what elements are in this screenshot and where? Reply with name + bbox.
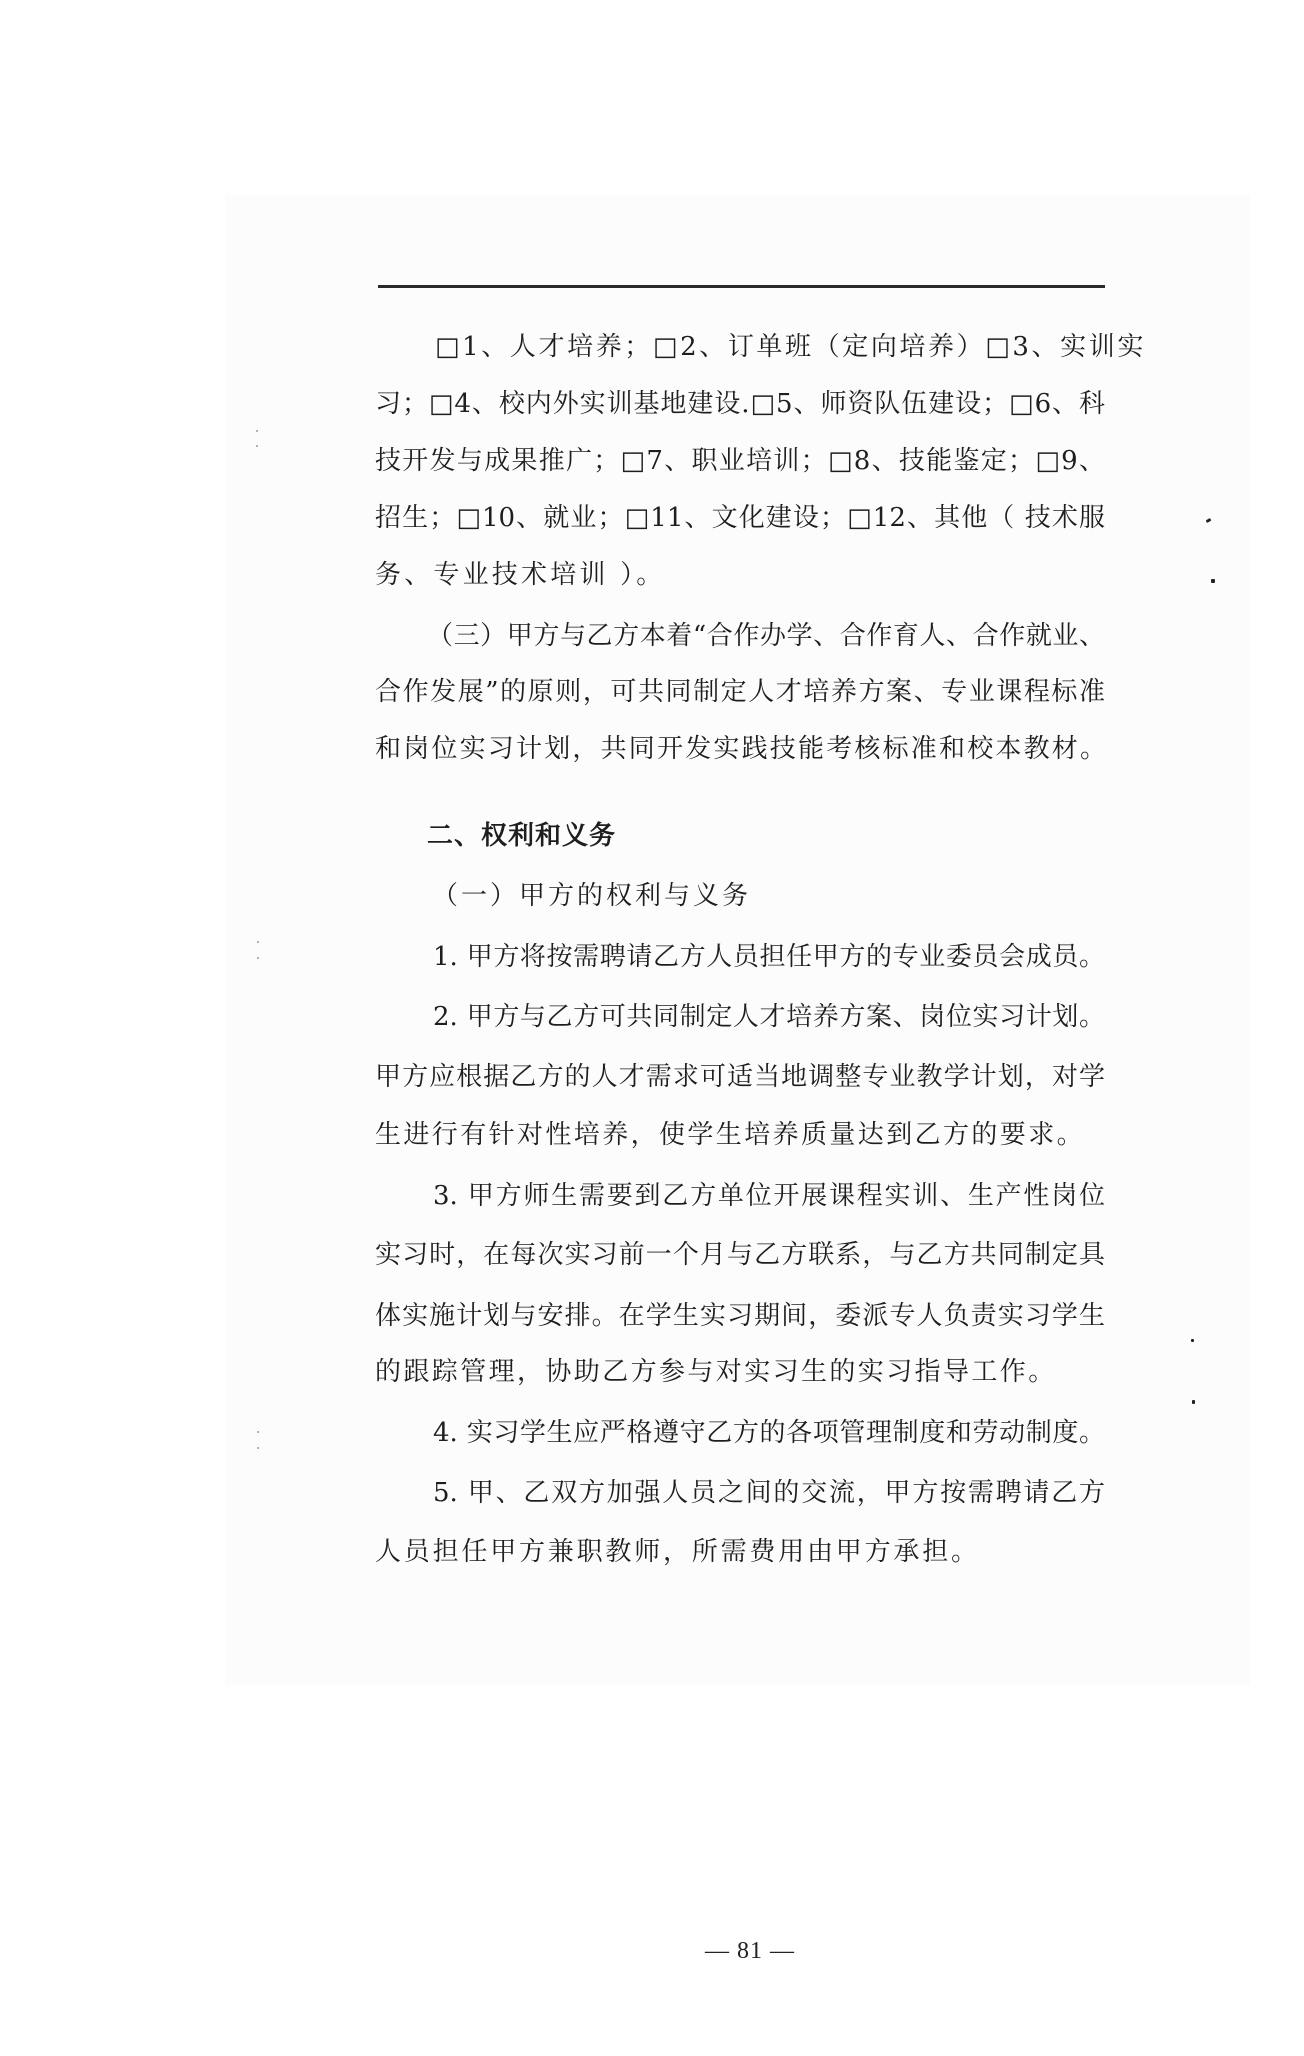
item-5-line-2: 人员担任甲方兼职教师，所需费用由甲方承担。 — [375, 1532, 1105, 1572]
scan-speck — [1192, 1400, 1195, 1404]
clause-three-line-3: 和岗位实习计划，共同开发实践技能考核标准和校本教材。 — [375, 729, 1105, 769]
cooperation-items-line-4: 招生；□10、就业；□11、文化建设；□12、其他（ 技术服 — [375, 498, 1105, 538]
clause-three-line-1: （三）甲方与乙方本着“合作办学、合作育人、合作就业、 — [427, 616, 1105, 656]
scan-speck — [257, 941, 259, 943]
cooperation-items-line-1: □1、人才培养；□2、订单班（定向培养）□3、实训实 — [435, 327, 1107, 367]
subsection-heading: （一）甲方的权利与义务 — [432, 876, 1162, 916]
item-3-line-3: 体实施计划与安排。在学生实习期间，委派专人负责实习学生 — [375, 1296, 1105, 1336]
item-3-line-2: 实习时，在每次实习前一个月与乙方联系，与乙方共同制定具 — [375, 1235, 1105, 1275]
item-2-line-3: 生进行有针对性培养，使学生培养质量达到乙方的要求。 — [375, 1115, 1105, 1155]
item-2-line-2: 甲方应根据乙方的人才需求可适当地调整专业教学计划，对学 — [375, 1057, 1105, 1097]
item-3-line-4: 的跟踪管理，协助乙方参与对实习生的实习指导工作。 — [375, 1352, 1105, 1392]
header-rule — [378, 285, 1105, 288]
scan-speck — [257, 957, 259, 959]
scan-speck — [256, 430, 258, 432]
item-1-line-1: 1. 甲方将按需聘请乙方人员担任甲方的专业委员会成员。 — [433, 937, 1105, 977]
section-heading: 二、权利和义务 — [427, 816, 1157, 856]
scan-speck — [1211, 579, 1215, 583]
page-number: — 81 — — [650, 1938, 850, 1965]
item-5-line-1: 5. 甲、乙双方加强人员之间的交流，甲方按需聘请乙方 — [433, 1473, 1105, 1513]
item-2-line-1: 2. 甲方与乙方可共同制定人才培养方案、岗位实习计划。 — [433, 997, 1105, 1037]
clause-three-line-2: 合作发展”的原则，可共同制定人才培养方案、专业课程标准 — [375, 672, 1105, 712]
cooperation-items-line-3: 技开发与成果推广；□7、职业培训；□8、技能鉴定；□9、 — [375, 441, 1105, 481]
cooperation-items-line-5: 务、专业技术培训 ）。 — [375, 555, 1105, 595]
scan-speck — [257, 1447, 259, 1449]
cooperation-items-line-2: 习；□4、校内外实训基地建设.□5、师资队伍建设；□6、科 — [375, 384, 1105, 424]
scan-speck — [256, 445, 258, 447]
scan-speck — [257, 1431, 259, 1433]
scan-speck — [1191, 1339, 1194, 1342]
item-4-line-1: 4. 实习学生应严格遵守乙方的各项管理制度和劳动制度。 — [433, 1413, 1105, 1453]
item-3-line-1: 3. 甲方师生需要到乙方单位开展课程实训、生产性岗位 — [433, 1176, 1105, 1216]
